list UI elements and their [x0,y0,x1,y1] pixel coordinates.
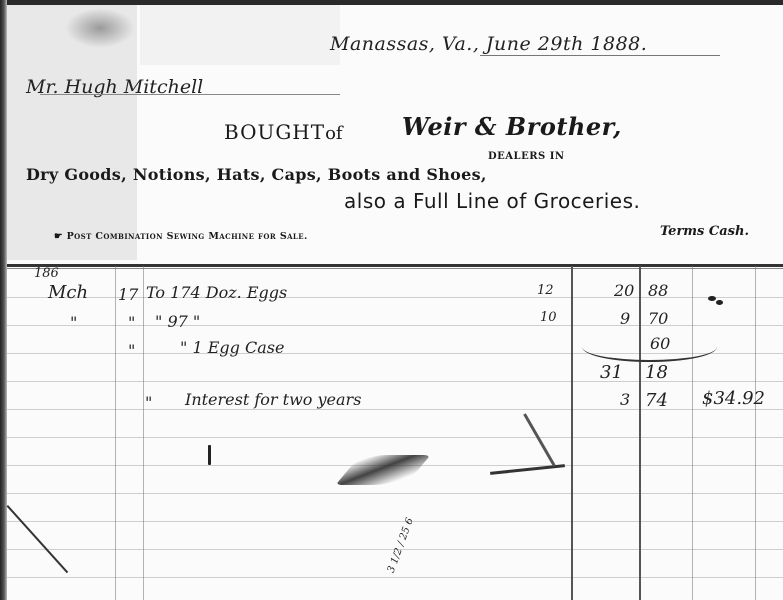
of-label: of [325,123,343,144]
bought-of-heading: BOUGHTof [224,120,343,144]
goods-line: Dry Goods, Notions, Hats, Caps, Boots an… [26,165,487,184]
row1-dollars: 20 [614,281,634,300]
row2-cents: 70 [648,309,668,328]
row2-day: " [128,313,135,332]
ink-blot [716,300,723,305]
row2-dollars: 9 [620,309,630,328]
ink-stain [335,455,430,485]
row2-rate: 10 [540,310,557,325]
ink-blot [708,296,716,301]
row1-description: To 174 Doz. Eggs [146,283,287,302]
customer-underline [40,94,340,95]
row1-rate: 12 [537,283,554,298]
ledger-line [7,493,783,494]
ledger-line [7,437,783,438]
column-divider-date [115,266,116,600]
ledger-line [7,577,783,578]
row5-cents: 74 [645,390,668,411]
terms-label: Terms Cash. [660,224,749,239]
row1-cents: 88 [648,281,668,300]
date-underline [480,55,720,56]
row5-dollars: 3 [620,390,630,409]
column-divider-day [143,266,144,600]
ink-stroke [523,413,556,466]
grand-total: $34.92 [702,388,765,409]
column-divider-rate [571,266,573,600]
page-left-edge [0,0,7,600]
row2-description: " 97 " [155,312,200,331]
row2-ditto-month: " [70,313,77,332]
ledger-top-rule-thin [7,268,783,269]
sum-brace [582,344,717,362]
ink-mark [208,445,211,465]
groceries-line: also a Full Line of Groceries. [344,189,640,213]
month-label: Mch [48,282,88,303]
sewing-machine-notice: ☛ Post Combination Sewing Machine for Sa… [54,231,308,242]
subtotal-dollars: 31 [600,362,623,383]
ledger-top-rule [7,264,783,267]
invoice-page: Manassas, Va., June 29th 1888. Mr. Hugh … [0,0,783,600]
bought-label: BOUGHT [224,120,325,144]
row1-day: 17 [118,285,138,304]
row3-day: " [128,341,135,360]
place-date: Manassas, Va., June 29th 1888. [330,33,647,55]
subtotal-cents: 18 [645,362,668,383]
year-prefix: 186 [34,266,59,281]
paper-stain [140,5,340,65]
row3-description: " 1 Egg Case [180,338,284,357]
dealers-in-label: DEALERS IN [488,151,565,162]
firm-name: Weir & Brother, [402,112,622,141]
folded-corner [7,505,69,573]
ink-smudge [65,8,135,48]
column-divider-cents [692,266,693,600]
column-divider-total [755,266,756,600]
row5-description: Interest for two years [185,390,361,409]
row5-day: " [145,393,152,412]
margin-note: 3 1/2 / 25 6 [386,517,416,575]
ledger-line [7,521,783,522]
column-divider-dollars [639,266,641,600]
